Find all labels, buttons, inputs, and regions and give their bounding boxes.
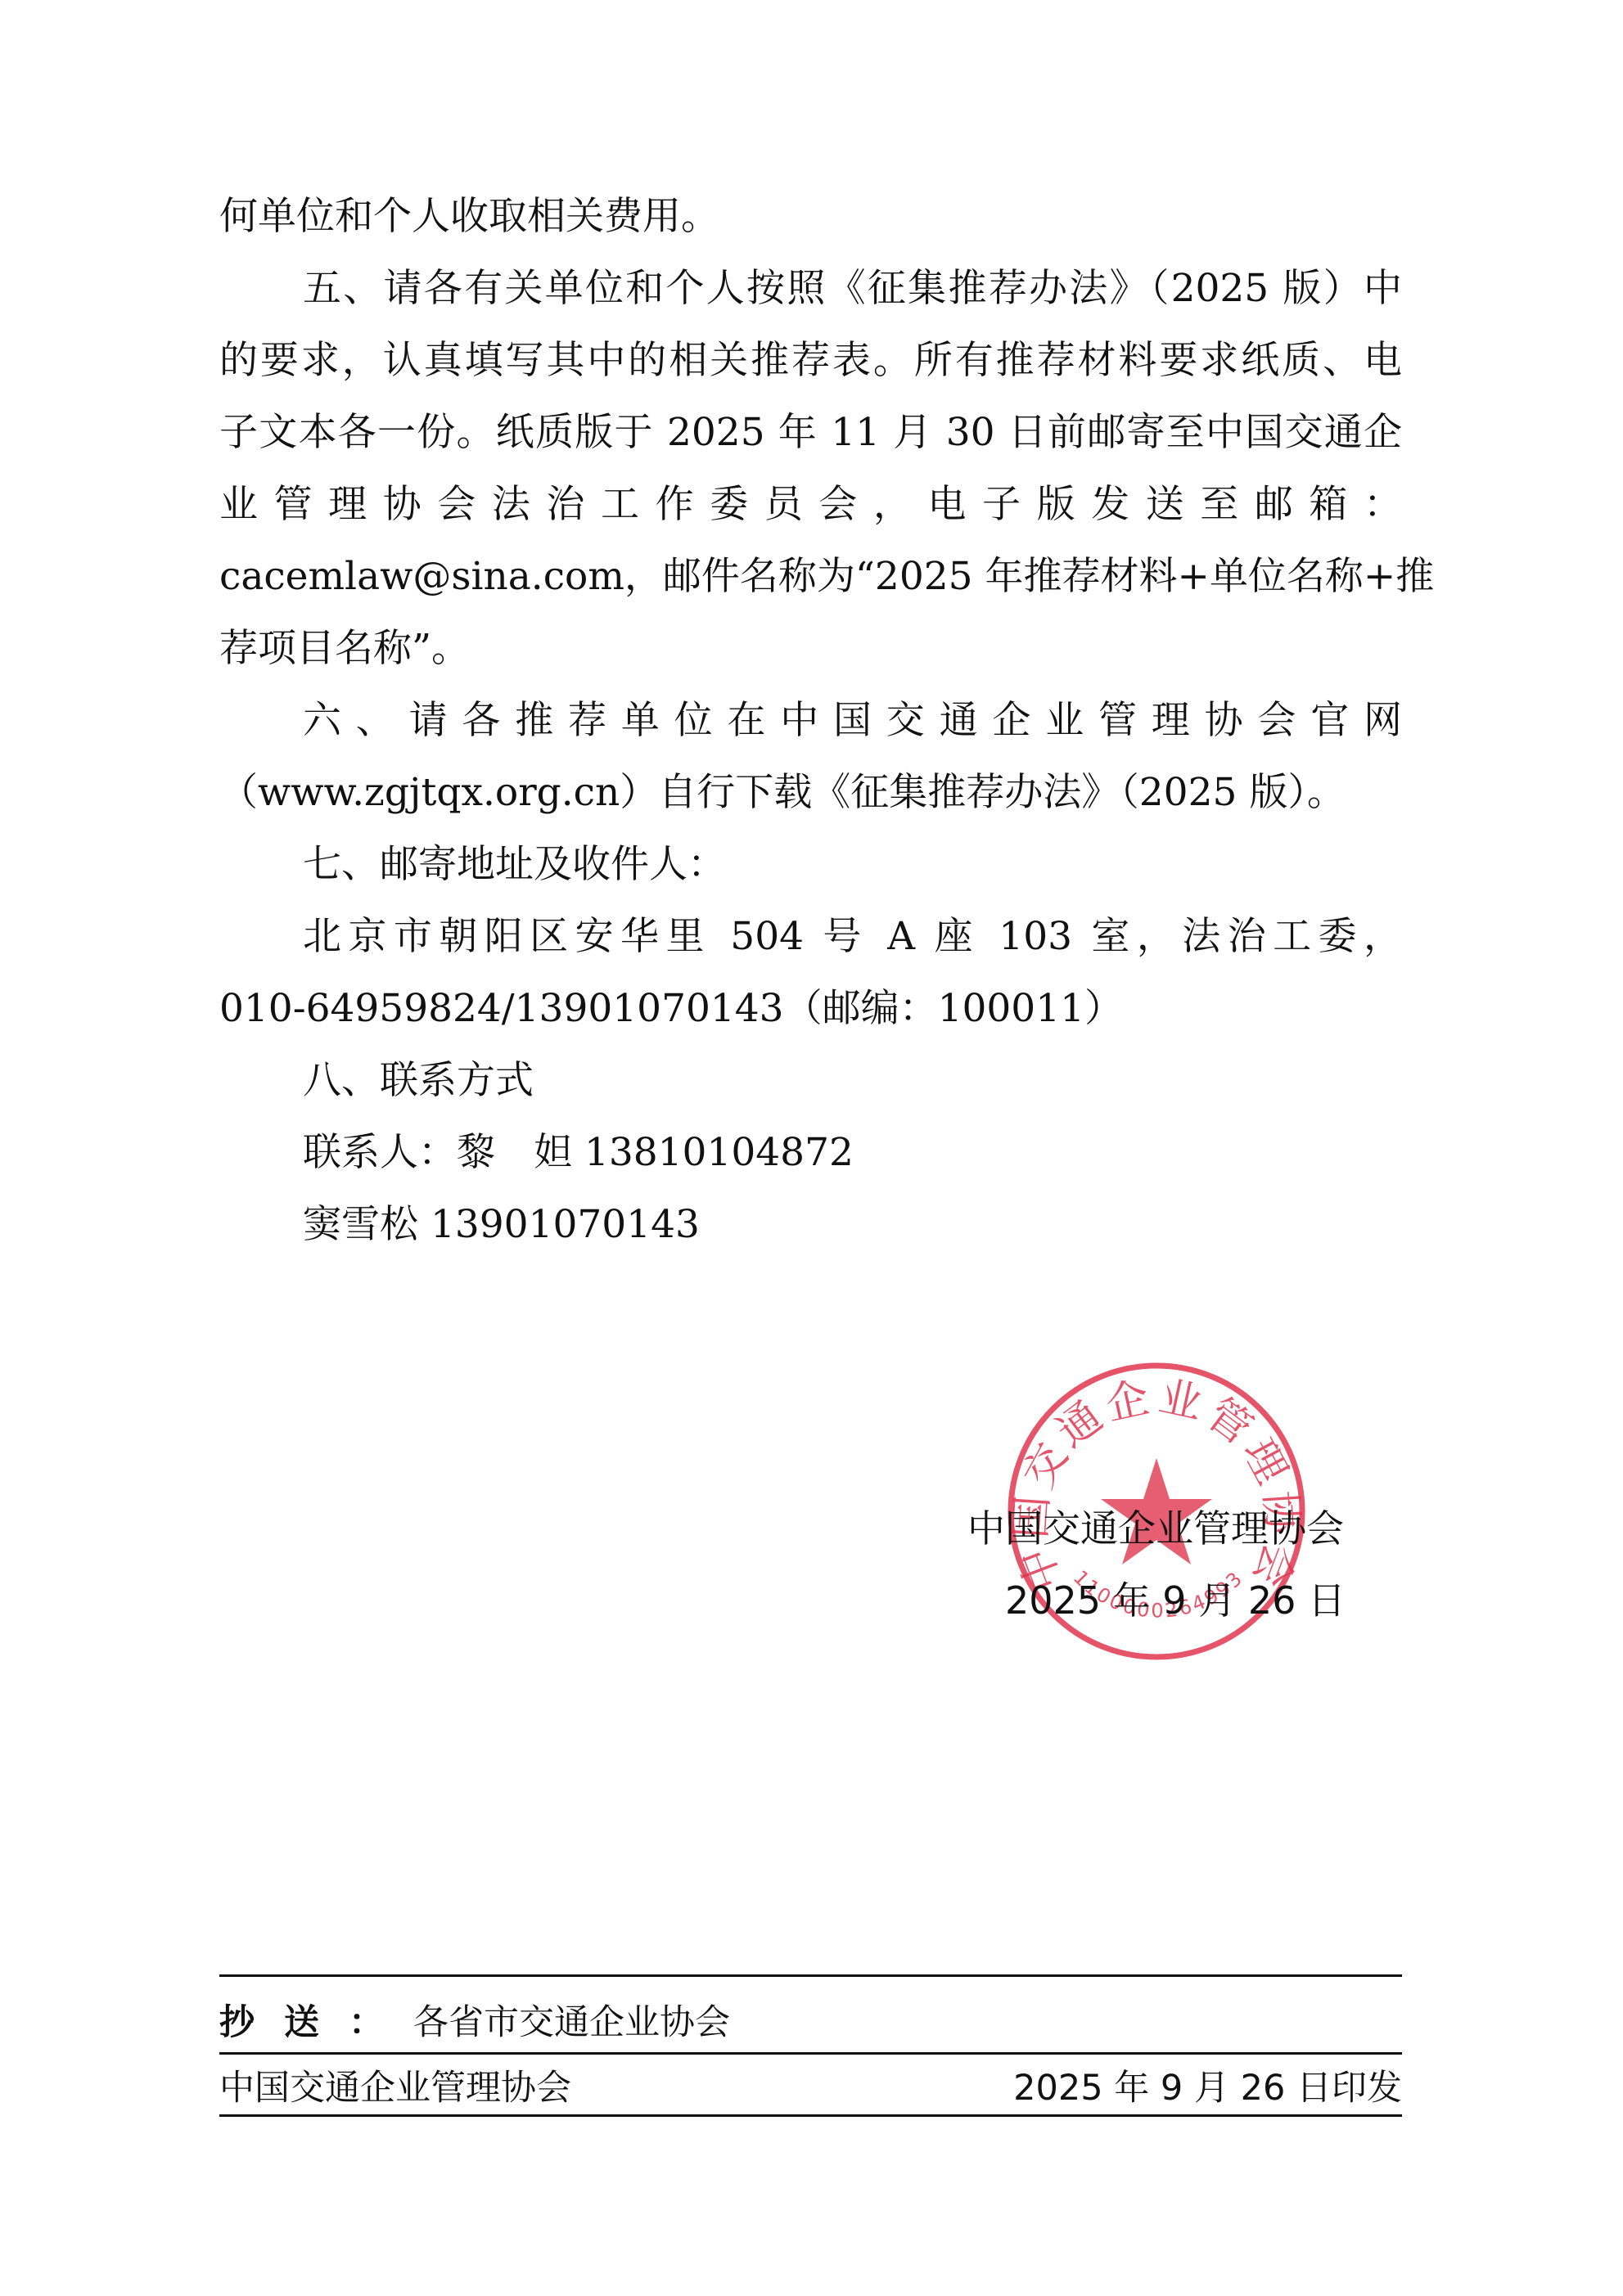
body-line: 七、邮寄地址及收件人：	[303, 829, 1402, 901]
cc-recipients: 各省市交通企业协会	[413, 2002, 730, 2043]
footer-middle-rule	[219, 2052, 1402, 2055]
issue-row: 中国交通企业管理协会 2025 年 9 月 26 日印发	[219, 2064, 1402, 2113]
body-line: cacemlaw@sina.com，邮件名称为“2025 年推荐材料+单位名称+…	[219, 541, 1402, 613]
body-line: 联系人：黎 妲 13810104872	[303, 1117, 1402, 1189]
body-line: 八、联系方式	[303, 1045, 1402, 1117]
signature-organization: 中国交通企业管理协会	[967, 1499, 1344, 1553]
body-line: 何单位和个人收取相关费用。	[219, 181, 1402, 253]
cc-label: 抄送：	[219, 2002, 413, 2043]
cc-row: 抄送：各省市交通企业协会	[219, 1998, 1402, 2047]
issue-date: 2025 年 9 月 26 日印发	[1013, 2064, 1402, 2113]
body-line: 的要求，认真填写其中的相关推荐表。所有推荐材料要求纸质、电	[219, 325, 1402, 397]
body-line: 010-64959824/13901070143（邮编：100011）	[219, 973, 1402, 1045]
body-line: 荐项目名称”。	[219, 613, 1402, 685]
body-line: 业管理协会法治工作委员会，电子版发送至邮箱：	[219, 469, 1402, 541]
signature-date: 2025 年 9 月 26 日	[1005, 1571, 1346, 1625]
footer-bottom-rule	[219, 2114, 1402, 2117]
body-line: 窦雪松 13901070143	[303, 1189, 1402, 1261]
body-line: 五、请各有关单位和个人按照《征集推荐办法》（2025 版）中	[303, 253, 1402, 325]
body-line: 北京市朝阳区安华里 504 号 A 座 103 室，法治工委，	[303, 901, 1402, 973]
body-line: （www.zgjtqx.org.cn）自行下载《征集推荐办法》（2025 版）。	[219, 757, 1402, 829]
footer-top-rule	[219, 1974, 1402, 1977]
body-line: 六、请各推荐单位在中国交通企业管理协会官网	[303, 685, 1402, 757]
issuer: 中国交通企业管理协会	[219, 2064, 571, 2113]
body-line: 子文本各一份。纸质版于 2025 年 11 月 30 日前邮寄至中国交通企	[219, 397, 1402, 469]
